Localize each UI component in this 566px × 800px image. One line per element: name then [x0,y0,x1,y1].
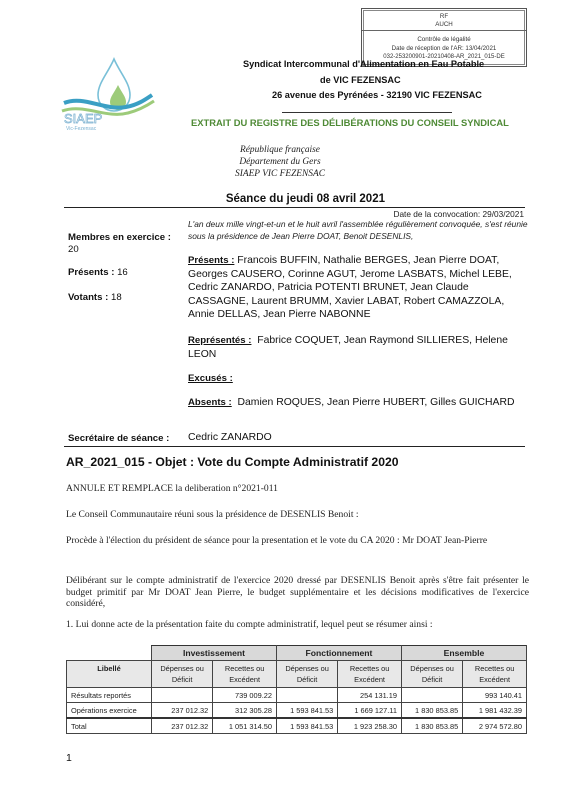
siaep-logo-icon: SIAEP Vic-Fezensac [56,55,156,133]
secretaire-name: Cedric ZANARDO [188,432,272,443]
sub-header: Dépenses ou Déficit [401,661,462,688]
preamble-text: L'an deux mille vingt-et-un et le huit a… [188,218,528,242]
cell-value: 993 140.41 [463,688,527,703]
presents-label: Présents : [188,255,234,266]
sub-header: Dépenses ou Déficit [276,661,337,688]
cell-value: 1 830 853.85 [401,718,462,734]
absents-label: Absents : [188,397,232,408]
presents-count: Présents : 16 [68,267,128,279]
row-label: Résultats reportés [67,688,152,703]
paragraph-donne-acte: 1. Lui donne acte de la présentation fai… [66,619,433,631]
cell-value: 1 593 841.53 [276,703,337,719]
excuses-label: Excusés : [188,373,233,384]
absents-block: Absents : Damien ROQUES, Jean Pierre HUB… [188,396,528,410]
cell-value [401,688,462,703]
divider [64,446,525,447]
row-label: Total [67,718,152,734]
table-row: Résultats reportés739 009.22254 131.1999… [67,688,527,703]
paragraph-conseil: Le Conseil Communautaire réuni sous la p… [66,509,359,521]
representes-label: Représentés : [188,335,251,346]
absents-names: Damien ROQUES, Jean Pierre HUBERT, Gille… [238,397,515,408]
presents-block: Présents : Francois BUFFIN, Nathalie BER… [188,254,528,322]
seance-title: Séance du jeudi 08 avril 2021 [180,193,385,205]
republique-block: République française Département du Gers… [180,144,380,180]
divider [64,207,525,208]
cell-value: 2 974 572.80 [463,718,527,734]
objet-title: AR_2021_015 - Objet : Vote du Compte Adm… [66,455,399,469]
paragraph-election: Procède à l'élection du président de séa… [66,535,529,547]
group-header: Fonctionnement [276,646,401,661]
cell-value: 237 012.32 [152,703,213,719]
sub-header: Recettes ou Excédent [463,661,527,688]
table-row: Opérations exercice237 012.32312 305.281… [67,703,527,719]
cell-value: 1 923 258.30 [338,718,402,734]
table-row: Total237 012.321 051 314.501 593 841.531… [67,718,527,734]
presents-count-value: 16 [117,267,128,278]
votants-label: Votants : [68,292,108,303]
republique-line: République française [180,144,380,156]
stamp-rf: RF [362,13,526,21]
row-label: Opérations exercice [67,703,152,719]
cell-value: 1 593 841.53 [276,718,337,734]
paragraph-annule: ANNULE ET REMPLACE la deliberation n°202… [66,483,278,495]
org-name-line1: Syndicat Intercommunal d'Alimentation en… [243,59,484,69]
cell-value: 739 009.22 [213,688,277,703]
svg-text:SIAEP: SIAEP [64,111,102,126]
cell-value: 254 131.19 [338,688,402,703]
cell-value: 237 012.32 [152,718,213,734]
votants-count: Votants : 18 [68,292,122,304]
votants-value: 18 [111,292,122,303]
paragraph-deliberant: Délibérant sur le compte administratif d… [66,575,529,610]
group-header: Investissement [152,646,277,661]
cell-value: 1 051 314.50 [213,718,277,734]
membres-value: 20 [68,244,79,255]
libelle-header: Libellé [67,661,152,688]
presents-count-label: Présents : [68,267,114,278]
org-address: 26 avenue des Pyrénées - 32190 VIC FEZEN… [272,90,482,100]
excuses-block: Excusés : [188,372,528,386]
secretaire-label: Secrétaire de séance : [68,433,169,444]
extrait-title: EXTRAIT DU REGISTRE DES DÉLIBÉRATIONS DU… [191,117,509,128]
membres-en-exercice: Membres en exercice : 20 [68,232,171,256]
group-header: Ensemble [401,646,526,661]
org-name-line2: de VIC FEZENSAC [320,75,401,85]
cell-value: 1 830 853.85 [401,703,462,719]
sub-header: Dépenses ou Déficit [152,661,213,688]
compte-administratif-table: Investissement Fonctionnement Ensemble L… [66,645,527,734]
header-divider [282,112,452,113]
membres-label: Membres en exercice : [68,232,171,243]
svg-text:Vic-Fezensac: Vic-Fezensac [66,126,97,132]
cell-value: 1 669 127.11 [338,703,402,719]
representes-block: Représentés : Fabrice COQUET, Jean Raymo… [188,334,528,361]
stamp-controle: Contrôle de légalité [362,35,526,44]
presents-names: Francois BUFFIN, Nathalie BERGES, Jean P… [188,255,512,320]
cell-value [276,688,337,703]
cell-value: 1 981 432.39 [463,703,527,719]
cell-value: 312 305.28 [213,703,277,719]
sub-header: Recettes ou Excédent [213,661,277,688]
siaep-line: SIAEP VIC FEZENSAC [180,168,380,180]
page-number: 1 [66,752,72,764]
departement-line: Département du Gers [180,156,380,168]
stamp-city: AUCH [362,21,526,29]
stamp-date: Date de réception de l'AR: 13/04/2021 [362,44,526,53]
cell-value [152,688,213,703]
sub-header: Recettes ou Excédent [338,661,402,688]
